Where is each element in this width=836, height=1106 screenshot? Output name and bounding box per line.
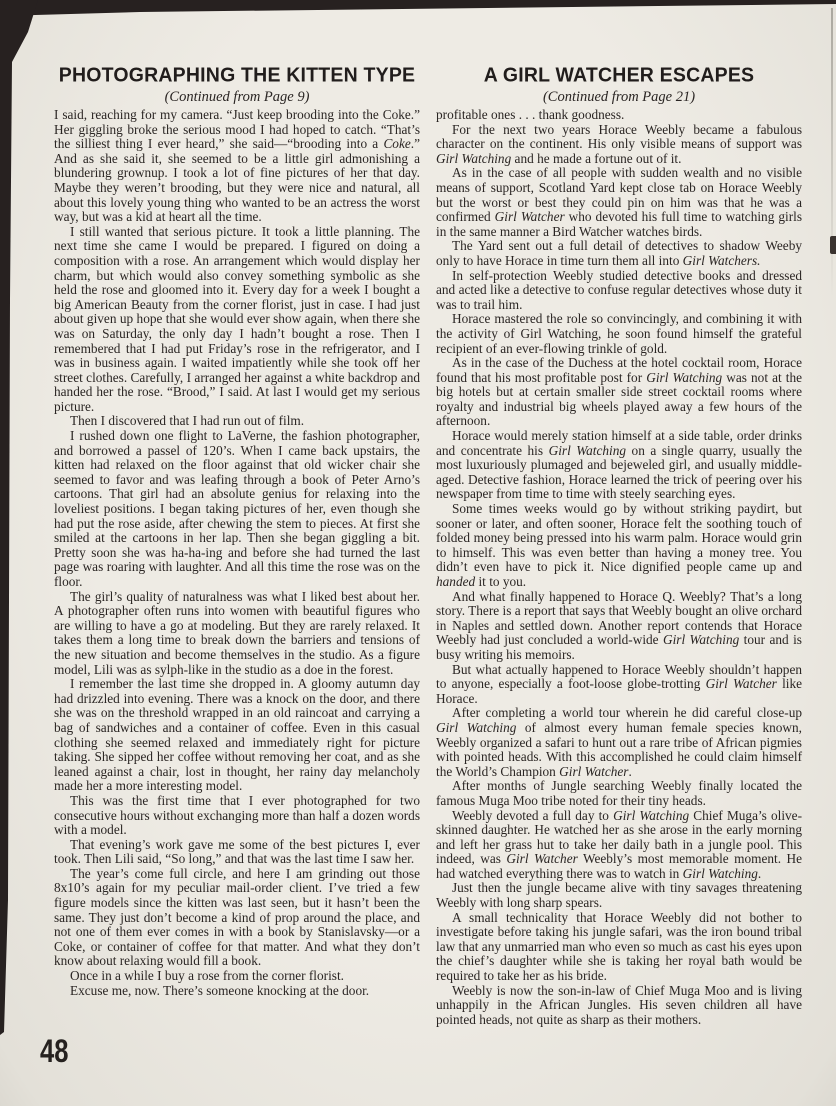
paragraph: A small technicality that Horace Weebly … [436, 911, 802, 984]
continued-from-line: (Continued from Page 21) [436, 89, 802, 106]
paragraph: I rushed down one flight to LaVerne, the… [54, 429, 420, 590]
paragraph: For the next two years Horace Weebly bec… [436, 123, 802, 167]
paragraph: Weebly is now the son-in-law of Chief Mu… [436, 984, 802, 1028]
article-title: PHOTOGRAPHING THE KITTEN TYPE [54, 64, 420, 87]
text-run: The year’s come full circle, and here I … [54, 866, 420, 969]
paragraph: Horace would merely station himself at a… [436, 429, 802, 502]
paragraph: That evening’s work gave me some of the … [54, 838, 420, 867]
italic-text-run: Girl Watcher [559, 764, 628, 779]
text-run: The girl’s quality of naturalness was wh… [54, 589, 420, 677]
text-run: After months of Jungle searching Weebly … [436, 778, 802, 808]
italic-text-run: Coke [383, 136, 410, 151]
paragraph: Once in a while I buy a rose from the co… [54, 969, 420, 984]
paragraph: After completing a world tour wherein he… [436, 706, 802, 779]
paragraph: Then I discovered that I had run out of … [54, 414, 420, 429]
text-run: Some times weeks would go by without str… [436, 501, 802, 574]
text-run: I remember the last time she dropped in.… [54, 676, 420, 793]
italic-text-run: Girl Watching [663, 632, 739, 647]
page-body: PHOTOGRAPHING THE KITTEN TYPE (Continued… [54, 64, 802, 1027]
text-run: . [758, 866, 761, 881]
text-run: Once in a while I buy a rose from the co… [70, 968, 344, 983]
text-run: A small technicality that Horace Weebly … [436, 910, 802, 983]
paragraph: I remember the last time she dropped in.… [54, 677, 420, 794]
continued-from-line: (Continued from Page 9) [54, 89, 420, 106]
italic-text-run: handed [436, 574, 475, 589]
paragraph: After months of Jungle searching Weebly … [436, 779, 802, 808]
text-run: I rushed down one flight to LaVerne, the… [54, 428, 420, 589]
text-run: Weebly devoted a full day to [452, 808, 613, 823]
text-run: Weebly is now the son-in-law of Chief Mu… [436, 983, 802, 1027]
paragraph: profitable ones . . . thank goodness. [436, 108, 802, 123]
paragraph: I said, reaching for my camera. “Just ke… [54, 108, 420, 225]
text-run: In self-protection Weebly studied detect… [436, 268, 802, 312]
paragraph: In self-protection Weebly studied detect… [436, 269, 802, 313]
article-kitten-type: PHOTOGRAPHING THE KITTEN TYPE (Continued… [54, 64, 420, 1027]
text-run: After completing a world tour wherein he… [452, 705, 802, 720]
paragraph: As in the case of the Duchess at the hot… [436, 356, 802, 429]
text-run: I said, reaching for my camera. “Just ke… [54, 107, 420, 151]
italic-text-run: Girl Watching [683, 866, 758, 881]
italic-text-run: Girl Watching [646, 370, 722, 385]
text-run: This was the first time that I ever phot… [54, 793, 420, 837]
paragraph: The girl’s quality of naturalness was wh… [54, 590, 420, 678]
scan-edge-left [0, 0, 40, 1040]
paragraph: And what finally happened to Horace Q. W… [436, 590, 802, 663]
italic-text-run: Girl Watcher [706, 676, 777, 691]
page-number: 48 [40, 1033, 68, 1070]
scan-artifact-notch [830, 236, 836, 254]
paragraph: I still wanted that serious picture. It … [54, 225, 420, 415]
text-run: For the next two years Horace Weebly bec… [436, 122, 802, 152]
paragraph: But what actually happened to Horace Wee… [436, 663, 802, 707]
text-run: I still wanted that serious picture. It … [54, 224, 420, 414]
text-run: Horace mastered the role so convincingly… [436, 311, 802, 355]
italic-text-run: Girl Watching [436, 151, 511, 166]
text-run: profitable ones . . . thank goodness. [436, 107, 624, 122]
text-run: Just then the jungle became alive with t… [436, 880, 802, 910]
text-run: Excuse me, now. There’s someone knocking… [70, 983, 369, 998]
page-edge-shadow [831, 8, 833, 298]
italic-text-run: Girl Watcher [506, 851, 577, 866]
article-title: A GIRL WATCHER ESCAPES [436, 64, 802, 87]
paragraph: The Yard sent out a full detail of detec… [436, 239, 802, 268]
article-text: profitable ones . . . thank goodness.For… [436, 108, 802, 1027]
paragraph: Excuse me, now. There’s someone knocking… [54, 984, 420, 999]
paragraph: Horace mastered the role so convincingly… [436, 312, 802, 356]
paragraph: This was the first time that I ever phot… [54, 794, 420, 838]
article-text: I said, reaching for my camera. “Just ke… [54, 108, 420, 998]
text-run: it to you. [475, 574, 526, 589]
italic-text-run: Girl Watching [613, 808, 689, 823]
italic-text-run: Girl Watching [436, 720, 516, 735]
italic-text-run: Girl Watching [549, 443, 626, 458]
paragraph: The year’s come full circle, and here I … [54, 867, 420, 969]
article-girl-watcher: A GIRL WATCHER ESCAPES (Continued from P… [436, 64, 802, 1027]
italic-text-run: Girl Watcher [495, 209, 565, 224]
paragraph: As in the case of all people with sudden… [436, 166, 802, 239]
paragraph: Some times weeks would go by without str… [436, 502, 802, 590]
text-run: Then I discovered that I had run out of … [70, 413, 304, 428]
paragraph: Just then the jungle became alive with t… [436, 881, 802, 910]
scan-edge-top [0, 0, 836, 18]
paragraph: Weebly devoted a full day to Girl Watchi… [436, 809, 802, 882]
text-run: . [628, 764, 631, 779]
italic-text-run: Girl Watchers. [683, 253, 761, 268]
text-run: and he made a fortune out of it. [511, 151, 681, 166]
text-run: That evening’s work gave me some of the … [54, 837, 420, 867]
